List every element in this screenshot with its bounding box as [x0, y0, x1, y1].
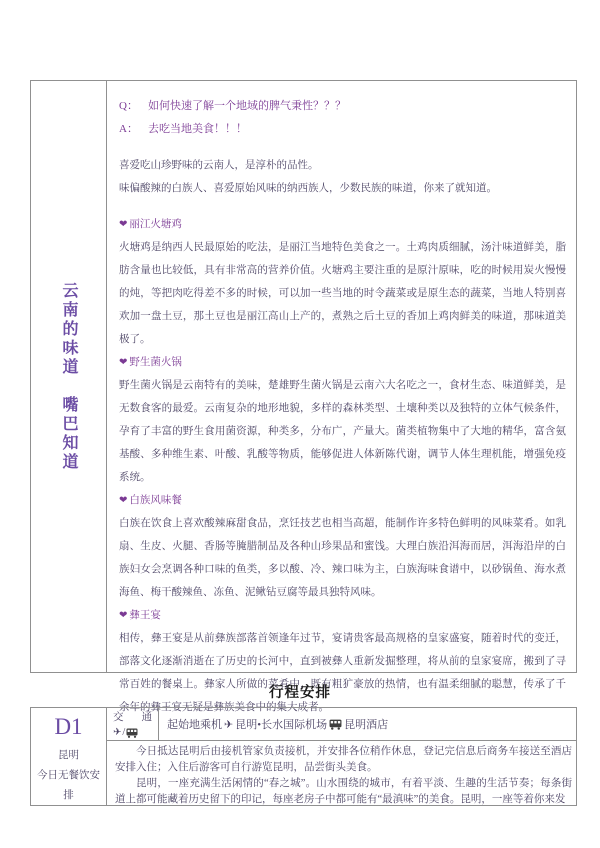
food-section-mushroom-hotpot: ❤野生菌火锅 野生菌火锅是云南特有的美味，楚雄野生菌火锅是云南六大名吃之一，食材…	[119, 351, 566, 489]
section-title-text: 野生菌火锅	[129, 357, 182, 368]
question-label: Q：	[119, 100, 138, 112]
itinerary-table-day1: D1 昆明 今日无餐饮安排 交通 ✈/	[30, 707, 577, 806]
heart-icon: ❤	[119, 219, 127, 230]
plane-icon: ✈	[113, 725, 121, 740]
intro-block: 喜爱吃山珍野味的云南人，是淳朴的品性。 味偏酸辣的白族人、喜爱原始风味的纳西族人…	[119, 154, 566, 200]
route-cell: 起始地乘机✈昆明•长水国际机场 昆明酒店	[159, 708, 576, 740]
route-origin: 起始地乘机	[167, 716, 222, 732]
section-title: ❤彝王宴	[119, 604, 566, 627]
heart-icon: ❤	[119, 495, 127, 506]
route-hotel: 昆明酒店	[344, 716, 388, 732]
section-body: 相传，彝王宴是从前彝族部落首领逢年过节，宴请贵客最高规格的皇家盛宴，随着时代的变…	[119, 627, 566, 719]
section-body: 白族在饮食上喜欢酸辣麻甜食品，烹饪技艺也相当高超，能制作许多特色鲜明的风味菜肴。…	[119, 512, 566, 604]
food-section-bai-cuisine: ❤白族风味餐 白族在饮食上喜欢酸辣麻甜食品，烹饪技艺也相当高超，能制作许多特色鲜…	[119, 489, 566, 604]
food-table-content: Q：如何快速了解一个地域的脾气秉性？？？ A：去吃当地美食！！！ 喜爱吃山珍野味…	[107, 81, 576, 672]
sidebar-vertical-title: 云南的味道 嘴巴知道	[57, 282, 80, 472]
answer-label: A：	[119, 123, 138, 135]
day-city: 昆明	[31, 748, 106, 764]
section-title-text: 白族风味餐	[129, 495, 182, 506]
question-text: 如何快速了解一个地域的脾气秉性？？？	[148, 100, 346, 112]
day-description-cell: 今日抵达昆明后由接机管家负责接机，并安排各位稍作休息，登记完信息后商务车接送至酒…	[107, 741, 576, 805]
answer-text: 去吃当地美食！！！	[148, 123, 247, 135]
transport-label-cell: 交通 ✈/	[107, 708, 159, 740]
transport-label: 交通	[113, 710, 152, 725]
day-detail-area: 交通 ✈/ 起始地乘机✈昆明•长水国际机场	[107, 708, 576, 805]
description-paragraph: 昆明，一座充满生活闲情的“春之城”。山水围绕的城市，有着平淡、生趣的生活节奏；每…	[115, 776, 572, 805]
bus-icon	[126, 728, 138, 738]
route-airport: 昆明•长水国际机场	[235, 716, 327, 732]
heart-icon: ❤	[119, 357, 127, 368]
section-title-text: 彝王宴	[129, 610, 161, 621]
intro-line: 味偏酸辣的白族人、喜爱原始风味的纳西族人，少数民族的味道，你来了就知道。	[119, 177, 566, 200]
food-table-sidebar: 云南的味道 嘴巴知道	[31, 81, 107, 672]
description-paragraph: 今日抵达昆明后由接机管家负责接机，并安排各位稍作休息，登记完信息后商务车接送至酒…	[115, 744, 572, 776]
section-body: 火塘鸡是纳西人民最原始的吃法，是丽江当地特色美食之一。土鸡肉质细腻，汤汁味道鲜美…	[119, 236, 566, 351]
document-page: 云南的味道 嘴巴知道 Q：如何快速了解一个地域的脾气秉性？？？ A：去吃当地美食…	[0, 0, 600, 848]
section-title: ❤丽江火塘鸡	[119, 213, 566, 236]
question-line: Q：如何快速了解一个地域的脾气秉性？？？	[119, 95, 566, 118]
section-body: 野生菌火锅是云南特有的美味，楚雄野生菌火锅是云南六大名吃之一，食材生态、味道鲜美…	[119, 374, 566, 489]
heart-icon: ❤	[119, 610, 127, 621]
itinerary-heading: 行程安排	[0, 681, 600, 702]
intro-line: 喜爱吃山珍野味的云南人，是淳朴的品性。	[119, 154, 566, 177]
section-title: ❤野生菌火锅	[119, 351, 566, 374]
bus-icon	[329, 719, 342, 730]
plane-icon: ✈	[224, 718, 233, 731]
icon-separator: /	[122, 725, 125, 740]
qa-block: Q：如何快速了解一个地域的脾气秉性？？？ A：去吃当地美食！！！	[119, 95, 566, 141]
section-title: ❤白族风味餐	[119, 489, 566, 512]
day-code: D1	[31, 713, 106, 741]
transport-icons: ✈/	[113, 725, 152, 740]
food-section-lijiang-chicken: ❤丽江火塘鸡 火塘鸡是纳西人民最原始的吃法，是丽江当地特色美食之一。土鸡肉质细腻…	[119, 213, 566, 351]
day-info-cell: D1 昆明 今日无餐饮安排	[31, 708, 107, 805]
food-knowledge-table: 云南的味道 嘴巴知道 Q：如何快速了解一个地域的脾气秉性？？？ A：去吃当地美食…	[30, 80, 577, 673]
day-meal-note: 今日无餐饮安排	[31, 766, 106, 806]
transport-row: 交通 ✈/ 起始地乘机✈昆明•长水国际机场	[107, 708, 576, 741]
section-title-text: 丽江火塘鸡	[129, 219, 182, 230]
answer-line: A：去吃当地美食！！！	[119, 118, 566, 141]
